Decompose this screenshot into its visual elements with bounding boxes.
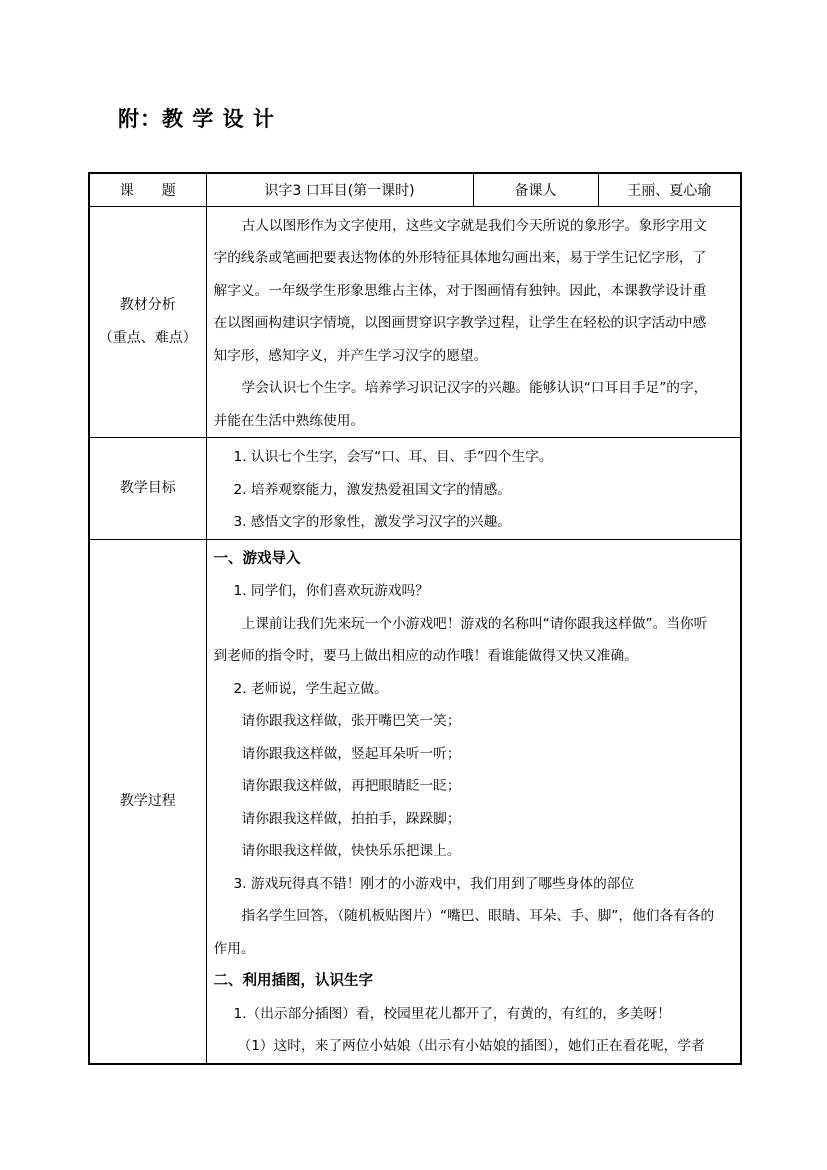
text-line: 知字形，感知字义，并产生学习汉字的愿望。 [214, 340, 737, 373]
material-analysis-label-cell: 教材分析（重点、难点） [89, 206, 206, 438]
text-line: 2. 培养观察能力，激发热爱祖国文字的情感。 [214, 474, 737, 507]
course-title-value-cell: 识字3 口耳目(第一课时) [206, 173, 473, 206]
text-line: 请你跟我这样做，竖起耳朵听一听； [214, 738, 737, 771]
teaching-goals-label-cell: 教学目标 [89, 438, 206, 540]
text-line: 作用。 [214, 933, 737, 966]
text-line: 1. 同学们，你们喜欢玩游戏吗？ [214, 575, 737, 608]
text-line: 2. 老师说，学生起立做。 [214, 673, 737, 706]
preparer-label-cell: 备课人 [473, 173, 598, 206]
preparer-value-cell: 王丽、夏心瑜 [598, 173, 741, 206]
text-line: 在以图画构建识字情境，以图画贯穿识字教学过程，让学生在轻松的识字活动中感 [214, 307, 737, 340]
text-line: 上课前让我们先来玩一个小游戏吧！游戏的名称叫“请你跟我这样做”。当你听 [214, 608, 737, 641]
teaching-process-content-cell: 一、游戏导入1. 同学们，你们喜欢玩游戏吗？上课前让我们先来玩一个小游戏吧！游戏… [206, 539, 741, 1064]
teaching-process-row: 教学过程 一、游戏导入1. 同学们，你们喜欢玩游戏吗？上课前让我们先来玩一个小游… [89, 539, 741, 1064]
material-analysis-row: 教材分析（重点、难点） 古人以图形作为文字使用，这些文字就是我们今天所说的象形字… [89, 206, 741, 438]
teaching-goals-row: 教学目标 1. 认识七个生字，会写“口、耳、目、手”四个生字。2. 培养观察能力… [89, 438, 741, 540]
text-line: 请你眼我这样做，快快乐乐把课上。 [214, 835, 737, 868]
teaching-goals-content-cell: 1. 认识七个生字，会写“口、耳、目、手”四个生字。2. 培养观察能力，激发热爱… [206, 438, 741, 540]
label-line: 教学目标 [90, 472, 206, 505]
teaching-process-label-cell: 教学过程 [89, 539, 206, 1064]
text-line: 一、游戏导入 [214, 543, 737, 576]
text-line: 请你跟我这样做，张开嘴巴笑一笑； [214, 705, 737, 738]
text-line: 1.（出示部分插图）看，校园里花儿都开了，有黄的，有红的，多美呀！ [214, 998, 737, 1031]
text-line: 请你跟我这样做，再把眼睛眨一眨； [214, 770, 737, 803]
text-line: 到老师的指令时，要马上做出相应的动作哦！看谁能做得又快又准确。 [214, 640, 737, 673]
text-line: 1. 认识七个生字，会写“口、耳、目、手”四个生字。 [214, 441, 737, 474]
course-title-label-cell: 课 题 [89, 173, 206, 206]
text-line: 学会认识七个生字。培养学习识记汉字的兴趣。能够认识“口耳目手足”的字， [214, 372, 737, 405]
text-line: 解字义。一年级学生形象思维占主体，对于图画情有独钟。因此，本课教学设计重 [214, 275, 737, 308]
document-page: 附：教 学 设 计 课 题 识字3 口耳目(第一课时) 备课人 王丽、夏心瑜 教… [0, 0, 827, 1170]
text-line: （1）这时，来了两位小姑娘（出示有小姑娘的插图），她们正在看花呢，学者 [214, 1030, 737, 1063]
text-line: 二、利用插图，认识生字 [214, 965, 737, 998]
document-title: 附：教 学 设 计 [118, 103, 275, 133]
label-line: 教学过程 [90, 785, 206, 818]
label-line: （重点、难点） [90, 322, 206, 355]
text-line: 字的线条或笔画把要表达物体的外形特征具体地勾画出来，易于学生记忆字形，了 [214, 242, 737, 275]
text-line: 3. 游戏玩得真不错！刚才的小游戏中，我们用到了哪些身体的部位 [214, 868, 737, 901]
table-header-row: 课 题 识字3 口耳目(第一课时) 备课人 王丽、夏心瑜 [89, 173, 741, 206]
text-line: 古人以图形作为文字使用，这些文字就是我们今天所说的象形字。象形字用文 [214, 210, 737, 243]
label-line: 教材分析 [90, 289, 206, 322]
text-line: 3. 感悟文字的形象性，激发学习汉字的兴趣。 [214, 506, 737, 539]
material-analysis-content-cell: 古人以图形作为文字使用，这些文字就是我们今天所说的象形字。象形字用文字的线条或笔… [206, 206, 741, 438]
text-line: 请你跟我这样做，拍拍手，跺跺脚； [214, 803, 737, 836]
text-line: 指名学生回答，（随机板贴图片）“嘴巴、眼睛、耳朵、手、脚”，他们各有各的 [214, 900, 737, 933]
text-line: 并能在生活中熟练使用。 [214, 405, 737, 438]
lesson-plan-table: 课 题 识字3 口耳目(第一课时) 备课人 王丽、夏心瑜 教材分析（重点、难点）… [88, 172, 742, 1065]
